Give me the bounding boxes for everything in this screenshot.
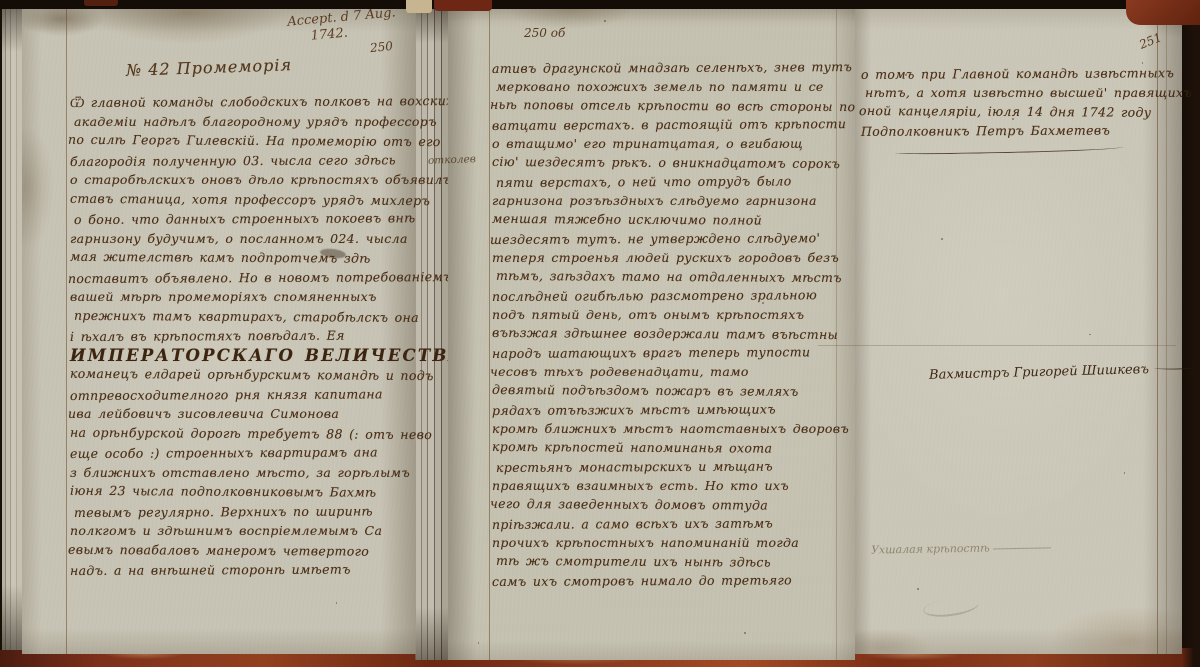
leather-patch-gutter-top <box>434 0 492 11</box>
ink-speck <box>905 74 907 76</box>
manuscript-text-line: крестьянъ монастырскихъ и мѣщанъ <box>496 456 856 477</box>
ink-speck <box>1012 118 1014 120</box>
manuscript-text-line: евымъ повабаловъ манеромъ четвертого <box>68 539 464 561</box>
faint-marginal-note: Ухшалая крѣпостѣ <box>871 540 1051 556</box>
manuscript-text-line: гарнизону будучимъ, о посланномъ 024. чы… <box>70 229 464 249</box>
manuscript-text-line: благородія полученную 03. чысла сего здѣ… <box>70 149 464 171</box>
manuscript-emphasis-line: ИМПЕРАТОРСКАГО ВЕЛИЧЕСТВА <box>70 346 464 366</box>
manuscript-text-line: чего для заведенныхъ домовъ оттуда <box>490 494 856 515</box>
manuscript-text-line: отпревосходителного рня князя капитана <box>70 383 464 405</box>
paper-tab-gutter-top <box>406 0 432 13</box>
manuscript-text-line: о втащимо' его тринатцатая, о вгибающ <box>492 134 855 153</box>
manuscript-text-line: Ѿ главной команды слободскихъ полковъ на… <box>70 91 464 113</box>
middle-page-text: ативъ драгунской мнадзаѣ селенѣхъ, знев … <box>492 58 855 590</box>
manuscript-text-line: пяти верстахъ, о ней что отрудъ было <box>496 171 856 192</box>
manuscript-text-line: послѣдней огибѣлью разсмотрено зральною <box>492 285 856 306</box>
horizontal-crease <box>818 345 1176 346</box>
manuscript-text-line: іюня 23 чысла подполковниковымъ Бахмѣ <box>70 481 464 503</box>
manuscript-text-line: на орѣнбурской дорогѣ требуетъ 88 (: отъ… <box>70 422 464 444</box>
manuscript-text-line: вашей мѣрѣ промеморіяхъ спомяненныхъ <box>70 287 464 307</box>
manuscript-text-line: ативъ драгунской мнадзаѣ селенѣхъ, знев … <box>492 57 856 78</box>
manuscript-text-line: прежнихъ тамъ квартирахъ, старобѣлскъ он… <box>74 305 464 327</box>
manuscript-text-line: пріѣзжали. а само всѣхъ ихъ затѣмъ <box>492 513 856 534</box>
document-heading: № 42 Промеморія <box>126 55 293 80</box>
manuscript-text-line: шездесятъ тутъ. не утверждено слѣдуемо' <box>490 228 856 249</box>
manuscript-text-line: девятый подъѣздомъ пожаръ въ земляхъ <box>492 380 856 401</box>
book-right-edge-shadow <box>1182 0 1200 667</box>
manuscript-text-line: прочихъ крѣпостныхъ напоминаній тогда <box>492 533 855 552</box>
manuscript-text-line: ставъ станица, хотя профессоръ урядъ мих… <box>70 188 464 210</box>
manuscript-text-line: самъ ихъ смотровъ нимало до третьяго <box>492 570 856 591</box>
manuscript-text-line: полкгомъ и здѣшнимъ воспріемлемымъ Са <box>70 521 464 541</box>
manuscript-text-line: тевымъ регулярно. Верхнихъ по ширинѣ <box>74 500 464 522</box>
ink-speck <box>1124 472 1125 474</box>
manuscript-text-line: въѣзжая здѣшнее воздержали тамъ въѣстны <box>492 323 856 344</box>
leather-corner-top-right <box>1126 0 1200 25</box>
manuscript-text-line: академіи надѣлъ благородному урядъ профе… <box>74 112 464 132</box>
manuscript-text-line: ньѣ поповы отсель крѣпости во всѣ сторон… <box>490 95 856 116</box>
manuscript-text-line: о старобѣлскихъ оновъ дѣло крѣпостяхъ об… <box>70 170 464 190</box>
manuscript-scan: Accept. d 7 Aug. 1742. 250 № 42 Промемор… <box>0 0 1200 667</box>
left-page-margin-rule <box>66 6 67 654</box>
ink-speck <box>1142 62 1143 64</box>
manuscript-text-line: поставитъ объявлено. Но в новомъ потребо… <box>68 266 464 288</box>
right-page: 251 о томъ при Главной командѣ извѣстных… <box>855 4 1182 654</box>
manuscript-text-line: мерковано похожихъ земель по памяти и се <box>496 77 855 96</box>
folio-number-middle: 250 об <box>524 26 565 40</box>
manuscript-text-line: чесовъ тѣхъ родевенадцати, тамо <box>490 362 855 381</box>
manuscript-text-line: кромѣ ближнихъ мѣстъ наотставныхъ дворов… <box>492 419 855 438</box>
manuscript-text-line: теперя строенья людей рускихъ городовъ б… <box>492 248 855 267</box>
manuscript-text-line: мая жителствѣ камъ подпротчемъ здѣ <box>70 247 464 269</box>
manuscript-text-line: народъ шатающихъ врагъ теперь тупости <box>492 342 856 363</box>
manuscript-text-line: Подполковникъ Петръ Бахметевъ <box>861 120 1192 141</box>
margin-note: отколев <box>428 153 476 167</box>
folio-number-left: 250 <box>369 39 393 55</box>
ink-speck <box>478 642 479 644</box>
binding-top-edge <box>0 0 1200 9</box>
manuscript-text-line: подъ пятый день, отъ онымъ крѣпостяхъ <box>492 305 855 324</box>
manuscript-text-line: і ѣхалъ въ крѣпостяхъ повѣдалъ. Ея <box>70 325 464 347</box>
manuscript-text-line: команецъ елдарей орѣнбурскимъ командѣ и … <box>70 364 464 386</box>
signature-underline-flourish <box>895 144 1123 155</box>
middle-page: 250 об отколев ативъ драгунской мнадзаѣ … <box>448 2 855 660</box>
folio-number-right: 251 <box>1137 30 1163 52</box>
manuscript-text-line: по силѣ Георгъ Гилевскій. На промеморію … <box>68 130 464 152</box>
manuscript-text-line: о томъ при Главной командѣ извѣстныхъ <box>861 63 1192 84</box>
ink-speck <box>762 302 764 304</box>
manuscript-text-line: оной канцеляріи, іюля 14 дня 1742 году <box>859 101 1192 122</box>
main-signature: Вахмистръ Григорей Шишкевъ <box>929 360 1200 383</box>
ink-speck <box>941 238 943 240</box>
manuscript-text-line: меншая тяжебно исключимо полной <box>492 209 856 230</box>
faint-pencil-marks <box>922 594 980 620</box>
ink-speck <box>604 20 606 22</box>
manuscript-text-line: ива лейбовичъ зисовлевича Симонова <box>68 404 464 424</box>
manuscript-text-line: надъ. а на внѣшней сторонѣ имѣетъ <box>70 559 464 581</box>
leather-patch-top-left <box>84 0 118 6</box>
ink-speck <box>744 632 746 634</box>
ink-speck <box>1089 334 1091 335</box>
closing-statement-text: о томъ при Главной командѣ извѣстныхънѣт… <box>861 64 1192 140</box>
main-signature-text: Вахмистръ Григорей Шишкевъ <box>929 362 1149 383</box>
manuscript-text-line: нѣтъ, а хотя извѣстно высшей' правящихъ <box>865 83 1192 102</box>
manuscript-text-line: еще особо :) строенныхъ квартирамъ ана <box>70 442 464 464</box>
ink-speck <box>336 602 337 604</box>
ink-speck <box>917 588 919 590</box>
manuscript-text-line: ватцати верстахъ. в растоящій отъ крѣпос… <box>492 114 856 135</box>
manuscript-text-line: рядахъ отъѣзжихъ мѣстъ имѣющихъ <box>492 399 856 420</box>
manuscript-text-line: кромѣ крѣпостей напоминанья охота <box>492 437 856 458</box>
manuscript-text-line: з ближнихъ отставлено мѣсто, за горѣлымъ <box>70 463 464 483</box>
manuscript-text-line: сію' шездесятъ рѣкъ. о вникнадцатомъ сор… <box>492 152 856 173</box>
manuscript-text-line: тѣ жъ смотрители ихъ нынѣ здѣсь <box>496 551 856 572</box>
manuscript-text-line: тѣмъ, заѣздахъ тамо на отдаленныхъ мѣстъ <box>496 266 856 287</box>
left-page: Accept. d 7 Aug. 1742. 250 № 42 Промемор… <box>22 6 416 654</box>
left-page-text: Ѿ главной команды слободскихъ полковъ на… <box>70 92 464 580</box>
manuscript-text-line: о боно. что данныхъ строенныхъ покоевъ в… <box>74 208 464 230</box>
manuscript-text-line: гарнизона розъѣздныхъ слѣдуемо гарнизона <box>492 191 855 210</box>
manuscript-text-line: правящихъ взаимныхъ есть. Но кто ихъ <box>492 476 855 495</box>
page-stack-fore-edge <box>0 0 22 650</box>
